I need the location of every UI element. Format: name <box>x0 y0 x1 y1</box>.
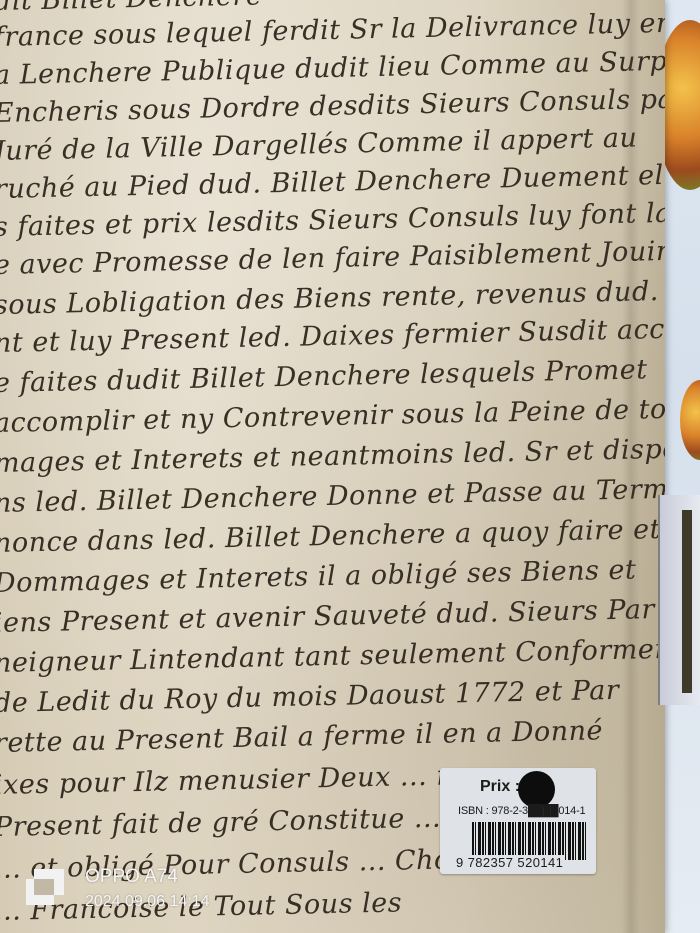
manuscript-line: mages et Interets et neantmoins led. Sr … <box>0 432 665 479</box>
manuscript-line: Dommages et Interets il a obligé ses Bie… <box>0 555 637 599</box>
manuscript-line: ns led. Billet Denchere Donne et Passe a… <box>0 474 665 519</box>
manuscript-line: nonce dans led. Billet Denchere a quoy f… <box>0 514 661 559</box>
capture-datetime: 2024.09.06 14:14 <box>85 893 210 911</box>
manuscript-line: a Lenchere Publique dudit lieu Comme au … <box>0 45 665 91</box>
tab-bracket <box>682 510 692 693</box>
manuscript-line: neigneur Lintendant tant seulement Confo… <box>0 633 665 679</box>
manuscript-line: Juré de la Ville Dargellés Comme il appe… <box>0 123 638 167</box>
barcode-digits: 9 782357 520141 <box>454 855 565 870</box>
manuscript-line: sous Lobligation des Biens rente, revenu… <box>0 275 665 321</box>
manuscript-line: ruché au Pied dud. Billet Denchere Dueme… <box>0 159 665 205</box>
manuscript-line: dit Billet Denchere <box>0 0 263 17</box>
manuscript-line: de Ledit du Roy du mois Daoust 1772 et P… <box>0 675 619 719</box>
manuscript-line: s faites et prix lesdits Sieurs Consuls … <box>0 198 665 243</box>
price-isbn-sticker: Prix : ISBN : 978-2-3████014-1 9 782357 … <box>440 768 596 874</box>
book-side-tab <box>658 495 700 705</box>
manuscript-line: ... et obligé Pour Consuls ... Choses <box>0 843 496 885</box>
manuscript-line: nt et luy Present led. Daixes fermier Su… <box>0 313 665 359</box>
price-redaction-dot <box>518 771 555 808</box>
manuscript-line: Encheris sous Dordre desdits Sieurs Cons… <box>0 82 665 129</box>
price-label: Prix : <box>480 778 520 796</box>
manuscript-line: iens Present et avenir Sauveté dud. Sieu… <box>0 594 655 639</box>
isbn-text: ISBN : 978-2-3████014-1 <box>458 805 585 817</box>
manuscript-line: e faites dudit Billet Denchere lesquels … <box>0 354 648 399</box>
manuscript-line: e avec Promesse de len faire Paisiblemen… <box>0 235 665 281</box>
camera-brand-icon <box>26 869 64 905</box>
device-model: OPPO A74 <box>85 866 178 888</box>
manuscript-line: accomplir et ny Contrevenir sous la Pein… <box>0 393 665 439</box>
manuscript-line: rette au Present Bail a ferme il en a Do… <box>0 715 603 759</box>
